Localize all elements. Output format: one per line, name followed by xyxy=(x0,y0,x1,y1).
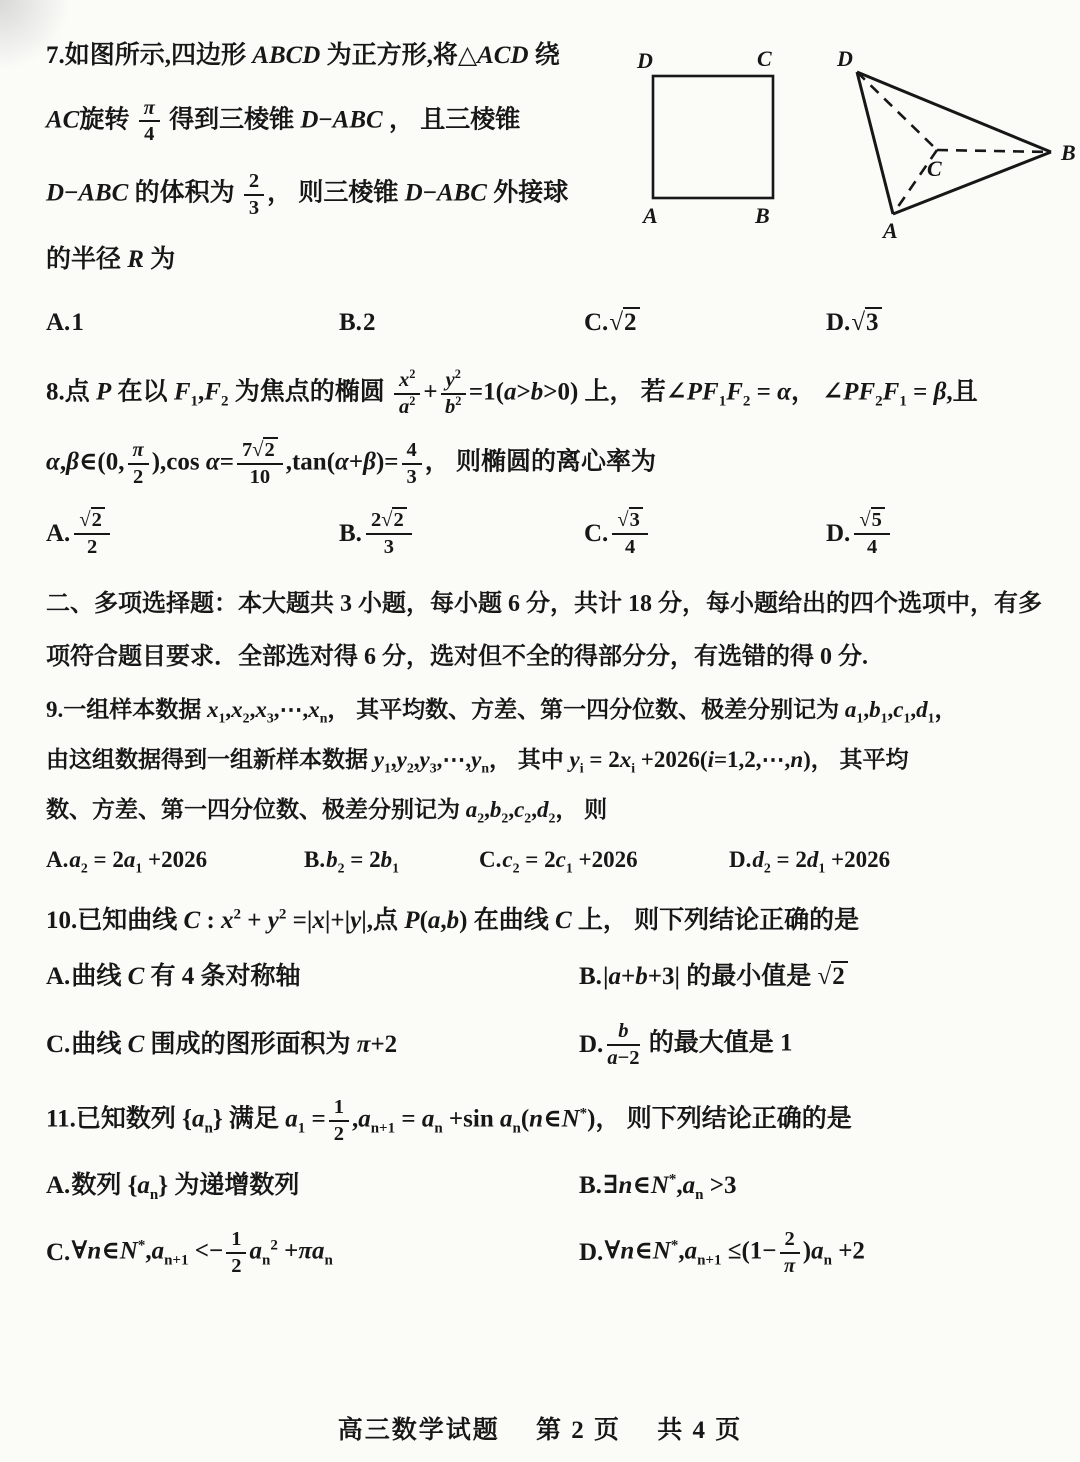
q7-figures: D C A B D B A C xyxy=(631,48,1080,248)
question-8: 8.点 P 在以 F1,F2 为焦点的椭圆 x2a2+y2b2=1(a>b>0)… xyxy=(46,369,1044,559)
exam-page: 7.如图所示,四边形 ABCD 为正方形,将△ACD 绕 AC旋转 π4 得到三… xyxy=(0,0,1080,1462)
tetra-vertex-c: C xyxy=(927,156,942,181)
q8-option-b: B.2√23 xyxy=(339,509,584,559)
tetra-vertex-b: B xyxy=(1060,140,1076,165)
question-7: 7.如图所示,四边形 ABCD 为正方形,将△ACD 绕 AC旋转 π4 得到三… xyxy=(46,40,1044,339)
q7-option-c: C.√2 xyxy=(584,307,826,340)
tetrahedron-figure: D B A C xyxy=(829,48,1080,248)
footer-total-pages: 共 4 页 xyxy=(657,1417,742,1444)
question-10: 10.已知曲线 C : x2 + y2 =|x|+|y|,点 P(a,b) 在曲… xyxy=(46,905,1044,1070)
square-vertex-b: B xyxy=(754,203,770,228)
q7-line-1: 7.如图所示,四边形 ABCD 为正方形,将△ACD 绕 xyxy=(46,40,631,73)
page-footer: 高三数学试题 第 2 页 共 4 页 xyxy=(0,1410,1080,1446)
q8-option-c: C.√34 xyxy=(584,509,826,559)
q7-option-a: A.1 xyxy=(46,307,339,340)
footer-exam-title: 高三数学试题 xyxy=(338,1417,500,1444)
q9-option-b: B.b2 = 2b1 xyxy=(304,845,479,875)
q10-statement: 10.已知曲线 C : x2 + y2 =|x|+|y|,点 P(a,b) 在曲… xyxy=(46,905,1044,938)
q10-option-a: A.曲线 C 有 4 条对称轴 xyxy=(46,961,579,994)
q9-line-2: 由这组数据得到一组新样本数据 y1,y2,y3,⋯,yn， 其中 yi = 2x… xyxy=(46,745,1044,775)
question-11: 11.已知数列 {an} 满足 a1 =12,an+1 = an +sin an… xyxy=(46,1096,1044,1278)
square-figure: D C A B xyxy=(631,48,801,228)
q8-option-a: A.√22 xyxy=(46,509,339,559)
q7-line-3: D−ABC 的体积为 23， 则三棱锥 D−ABC 外接球 xyxy=(46,170,631,220)
q8-line-2: α,β∈(0,π2),cos α=7√210,tan(α+β)=43， 则椭圆的… xyxy=(46,439,1044,489)
square-vertex-c: C xyxy=(757,48,772,71)
q11-option-b: B.∃n∈N*,an >3 xyxy=(579,1170,1044,1203)
q9-option-c: C.c2 = 2c1 +2026 xyxy=(479,845,729,875)
section-2-heading-line-1: 二、多项选择题：本大题共 3 小题，每小题 6 分，共计 18 分，每小题给出的… xyxy=(46,589,1044,620)
q10-option-b: B.|a+b+3| 的最小值是 √2 xyxy=(579,961,1044,994)
tetra-vertex-a: A xyxy=(881,218,898,243)
section-2-heading: 二、多项选择题：本大题共 3 小题，每小题 6 分，共计 18 分，每小题给出的… xyxy=(46,589,1044,673)
q11-option-c: C.∀n∈N*,an+1 <−12an2 +πan xyxy=(46,1228,579,1278)
q9-line-1: 9.一组样本数据 x1,x2,x3,⋯,xn， 其平均数、方差、第一四分位数、极… xyxy=(46,695,1044,725)
q8-options: A.√22 B.2√23 C.√34 D.√54 xyxy=(46,509,1044,559)
q8-line-1: 8.点 P 在以 F1,F2 为焦点的椭圆 x2a2+y2b2=1(a>b>0)… xyxy=(46,369,1044,419)
q7-line-4: 的半径 R 为 xyxy=(46,244,631,277)
q8-option-d: D.√54 xyxy=(826,509,1044,559)
q7-line-2: AC旋转 π4 得到三棱锥 D−ABC ， 且三棱锥 xyxy=(46,97,631,147)
q10-options-row-1: A.曲线 C 有 4 条对称轴 B.|a+b+3| 的最小值是 √2 xyxy=(46,961,1044,994)
q7-options: A.1 B.2 C.√2 D.√3 xyxy=(46,307,1044,340)
q7-option-d: D.√3 xyxy=(826,307,1044,340)
q9-option-d: D.d2 = 2d1 +2026 xyxy=(729,845,1044,875)
square-vertex-a: A xyxy=(641,203,658,228)
q7-option-b: B.2 xyxy=(339,307,584,340)
q10-option-d: D.ba−2 的最大值是 1 xyxy=(579,1020,1044,1070)
square-vertex-d: D xyxy=(636,48,653,73)
q9-option-a: A.a2 = 2a1 +2026 xyxy=(46,845,304,875)
q11-option-a: A.数列 {an} 为递增数列 xyxy=(46,1170,579,1203)
tetra-vertex-d: D xyxy=(836,48,853,71)
q11-options-row-2: C.∀n∈N*,an+1 <−12an2 +πan D.∀n∈N*,an+1 ≤… xyxy=(46,1228,1044,1278)
q11-options-row-1: A.数列 {an} 为递增数列 B.∃n∈N*,an >3 xyxy=(46,1170,1044,1203)
q10-options-row-2: C.曲线 C 围成的图形面积为 π+2 D.ba−2 的最大值是 1 xyxy=(46,1020,1044,1070)
q9-line-3: 数、方差、第一四分位数、极差分别记为 a2,b2,c2,d2， 则 xyxy=(46,795,1044,825)
question-9: 9.一组样本数据 x1,x2,x3,⋯,xn， 其平均数、方差、第一四分位数、极… xyxy=(46,695,1044,875)
section-2-heading-line-2: 项符合题目要求．全部选对得 6 分，选对但不全的得部分分，有选错的得 0 分. xyxy=(46,642,1044,673)
q9-options: A.a2 = 2a1 +2026 B.b2 = 2b1 C.c2 = 2c1 +… xyxy=(46,845,1044,875)
q11-option-d: D.∀n∈N*,an+1 ≤(1−2π)an +2 xyxy=(579,1228,1044,1278)
footer-page-number: 第 2 页 xyxy=(536,1417,621,1444)
q10-option-c: C.曲线 C 围成的图形面积为 π+2 xyxy=(46,1020,579,1070)
q11-statement: 11.已知数列 {an} 满足 a1 =12,an+1 = an +sin an… xyxy=(46,1096,1044,1146)
